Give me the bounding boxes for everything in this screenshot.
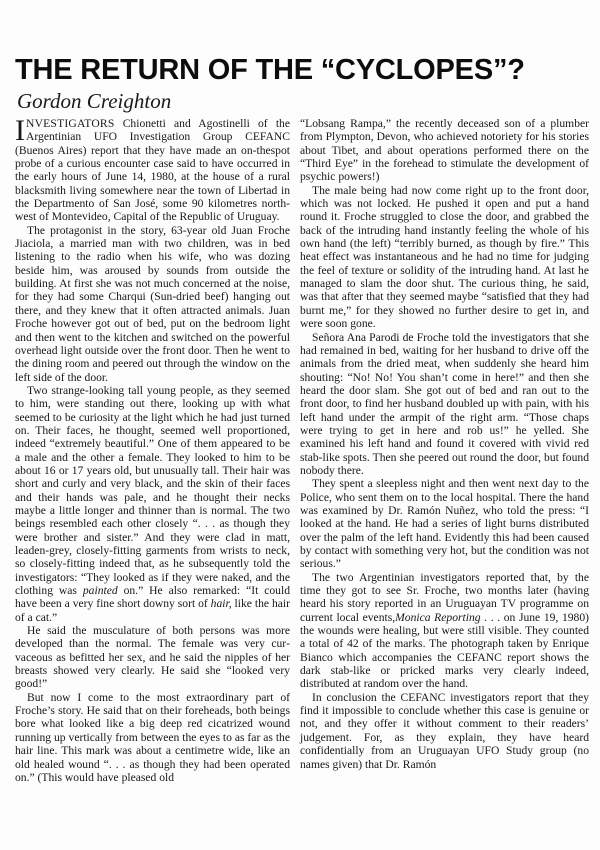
paragraph-musculature: He said the musculature of both persons … — [15, 624, 290, 691]
emphasis-painted: painted — [83, 584, 118, 597]
paragraph-investigators-report: The two Argentinian investigators report… — [300, 571, 589, 691]
emphasis-tv-programme: Monica Report­ing — [395, 611, 480, 624]
emphasis-hair: hair, — [211, 597, 232, 610]
paragraph-protagonist: The protagonist in the story, 63-year ol… — [15, 224, 290, 384]
paragraph-forehead-wound: But now I come to the most extraordinary… — [15, 691, 290, 784]
text-span: Two strange-looking tall young people, a… — [15, 384, 290, 597]
article-author: Gordon Creighton — [17, 90, 171, 112]
drop-cap: I — [15, 119, 25, 143]
intro-text: Chionetti and Agostinelli of the Argenti… — [15, 117, 290, 223]
paragraph-intro: INVESTIGATORS Chionetti and Agostinelli … — [15, 117, 290, 224]
document-page: THE RETURN OF THE “CYCLOPES”? Gordon Cre… — [0, 0, 600, 850]
article-title: THE RETURN OF THE “CYCLOPES”? — [15, 55, 525, 85]
intro-caps: NVESTIGATORS — [26, 117, 115, 130]
paragraph-lobsang-rampa: “Lobsang Rampa,” the recently deceased s… — [300, 117, 589, 184]
paragraph-front-door: The male being had now come right up to … — [300, 184, 589, 331]
paragraph-conclusion: In conclusion the CEFANC investigators r… — [300, 691, 589, 771]
left-column: INVESTIGATORS Chionetti and Agostinelli … — [15, 117, 290, 784]
paragraph-senora-parodi: Señora Ana Parodi de Froche told the inv… — [300, 331, 589, 478]
right-column: “Lobsang Rampa,” the recently deceased s… — [300, 117, 589, 771]
paragraph-hospital: They spent a sleepless night and then we… — [300, 477, 589, 570]
paragraph-beings: Two strange-looking tall young people, a… — [15, 384, 290, 624]
